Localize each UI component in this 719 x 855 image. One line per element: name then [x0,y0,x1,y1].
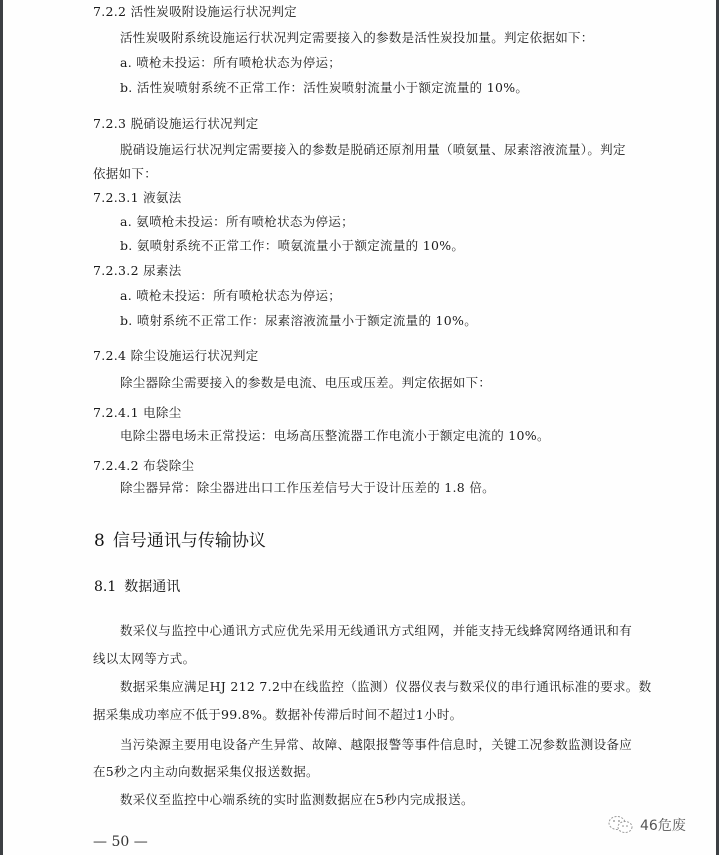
paragraph-continuation: 依据如下： [93,166,157,182]
section-number: 8.1 [94,579,116,595]
paragraph: 除尘器异常：除尘器进出口工作压差信号大于设计压差的 1.8 倍。 [120,480,495,496]
list-item: a. 喷枪未投运：所有喷枪状态为停运； [120,288,341,304]
watermark: 46危废 [608,815,686,835]
paragraph: 当污染源主要用电设备产生异常、故障、越限报警等事件信息时，关键工况参数监测设备应 [120,737,632,753]
document-page: 7.2.2 活性炭吸附设施运行状况判定 活性炭吸附系统设施运行状况判定需要接入的… [0,0,716,855]
heading-7-2-4: 7.2.4 除尘设施运行状况判定 [93,348,259,364]
chapter-number: 8 [94,531,105,551]
chapter-title: 信号通讯与传输协议 [113,531,266,551]
paragraph: 数采仪与监控中心通讯方式应优先采用无线通讯方式组网，并能支持无线蜂窝网络通讯和有 [120,623,632,639]
heading-7-2-4-2: 7.2.4.2 布袋除尘 [93,458,194,474]
list-item: a. 氨喷枪未投运：所有喷枪状态为停运； [120,214,354,230]
heading-7-2-3-1: 7.2.3.1 液氨法 [93,190,182,206]
paragraph-continuation: 在5秒之内主动向数据采集仪报送数据。 [93,764,319,780]
paragraph: 数据采集应满足HJ 212 7.2中在线监控（监测）仪器仪表与数采仪的串行通讯标… [120,679,651,695]
heading-chapter-8: 8信号通讯与传输协议 [94,530,266,552]
heading-7-2-3-2: 7.2.3.2 尿素法 [93,263,182,279]
viewer-left-border [0,0,3,855]
page-number: — 50 — [93,834,148,850]
paragraph: 活性炭吸附系统设施运行状况判定需要接入的参数是活性炭投加量。判定依据如下： [120,30,594,46]
heading-8-1: 8.1数据通讯 [94,578,180,596]
paragraph: 数采仪至监控中心端系统的实时监测数据应在5秒内完成报送。 [120,792,474,808]
list-item: a. 喷枪未投运：所有喷枪状态为停运； [120,55,341,71]
heading-7-2-3: 7.2.3 脱硝设施运行状况判定 [93,116,259,132]
paragraph: 除尘器除尘需要接入的参数是电流、电压或压差。判定依据如下： [120,375,491,391]
heading-7-2-2: 7.2.2 活性炭吸附设施运行状况判定 [93,4,297,20]
paragraph-continuation: 线以太网等方式。 [93,651,195,667]
list-item: b. 喷射系统不正常工作：尿素溶液流量小于额定流量的 10%。 [120,313,477,329]
heading-7-2-4-1: 7.2.4.1 电除尘 [93,405,182,421]
list-item: b. 氨喷射系统不正常工作：喷氨流量小于额定流量的 10%。 [120,238,464,254]
paragraph: 脱硝设施运行状况判定需要接入的参数是脱硝还原剂用量（喷氨量、尿素溶液流量）。判定 [120,142,626,158]
watermark-text: 46危废 [640,815,686,835]
section-title: 数据通讯 [124,579,180,595]
paragraph: 电除尘器电场未正常投运：电场高压整流器工作电流小于额定电流的 10%。 [120,428,550,444]
wechat-icon [608,815,634,835]
list-item: b. 活性炭喷射系统不正常工作：活性炭喷射流量小于额定流量的 10%。 [120,80,528,96]
paragraph-continuation: 据采集成功率应不低于99.8%。数据补传滞后时间不超过1小时。 [93,707,462,723]
